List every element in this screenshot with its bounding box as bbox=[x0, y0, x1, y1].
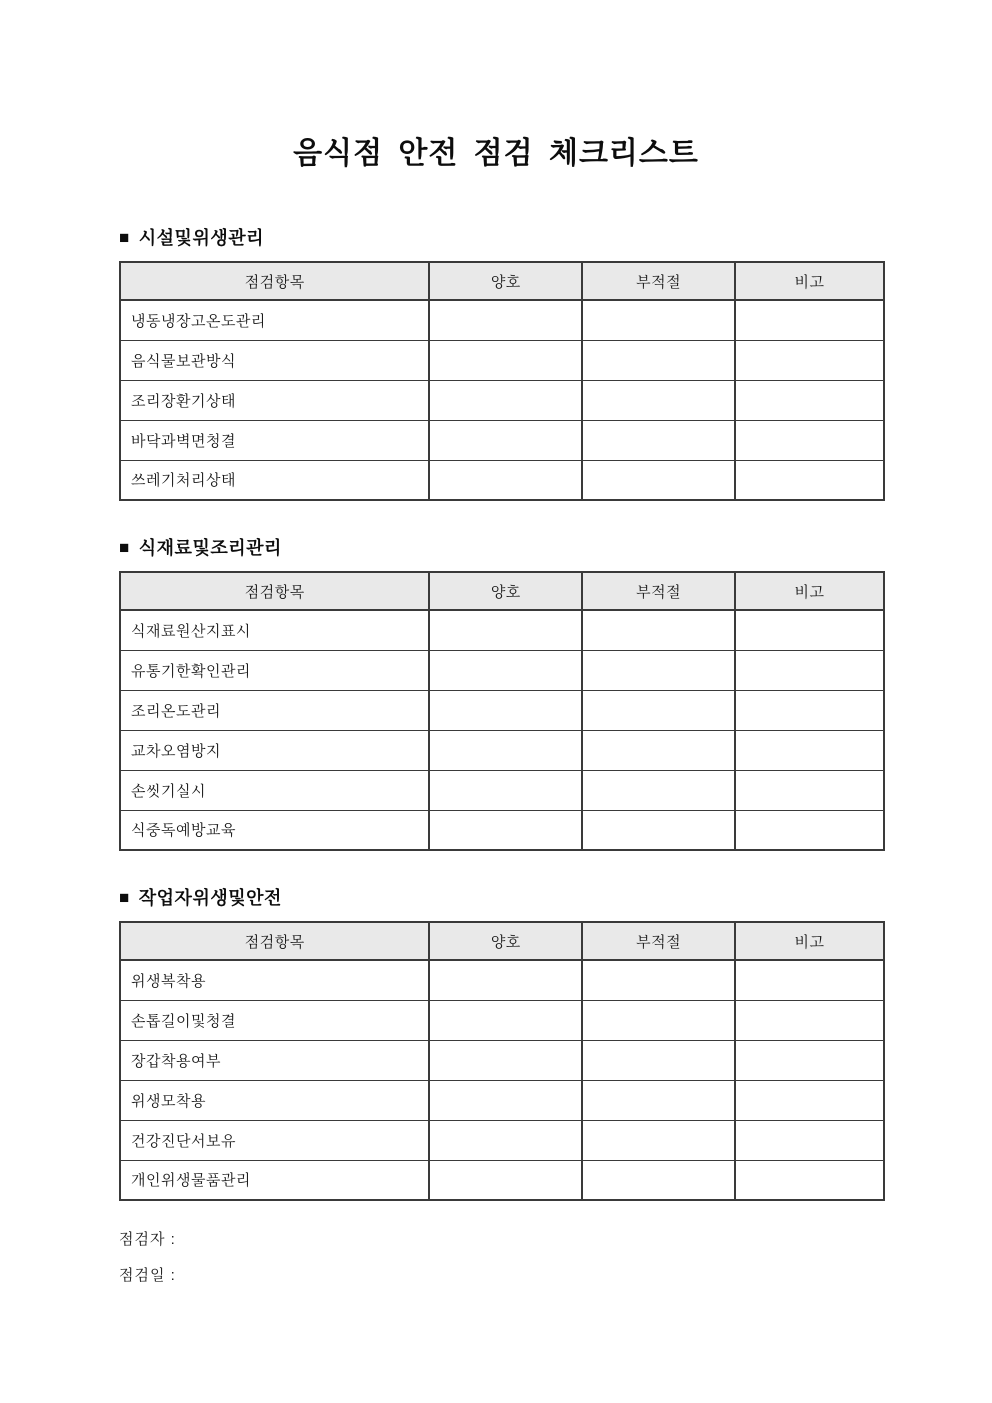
good-cell bbox=[429, 730, 582, 770]
remark-cell bbox=[735, 380, 884, 420]
document-page: 음식점 안전 점검 체크리스트 ■ 시설및위생관리 점검항목양호부적절비고 냉동… bbox=[0, 0, 992, 1403]
checklist-table-facility-hygiene: 점검항목양호부적절비고 냉동냉장고온도관리음식물보관방식조리장환기상태바닥과벽면… bbox=[119, 261, 885, 501]
header-row: 점검항목양호부적절비고 bbox=[120, 262, 884, 300]
column-header-2: 부적절 bbox=[582, 262, 735, 300]
inspection-date-label: 점검일 : bbox=[119, 1264, 885, 1285]
inadequate-cell bbox=[582, 810, 735, 850]
remark-cell bbox=[735, 960, 884, 1000]
section-heading: ■ 시설및위생관리 bbox=[119, 224, 885, 250]
remark-cell bbox=[735, 1040, 884, 1080]
document-title: 음식점 안전 점검 체크리스트 bbox=[0, 0, 992, 172]
item-cell: 개인위생물품관리 bbox=[120, 1160, 429, 1200]
good-cell bbox=[429, 960, 582, 1000]
column-header-0: 점검항목 bbox=[120, 922, 429, 960]
inadequate-cell bbox=[582, 770, 735, 810]
good-cell bbox=[429, 1160, 582, 1200]
inadequate-cell bbox=[582, 1120, 735, 1160]
column-header-3: 비고 bbox=[735, 922, 884, 960]
remark-cell bbox=[735, 690, 884, 730]
remark-cell bbox=[735, 420, 884, 460]
square-bullet-icon: ■ bbox=[119, 889, 130, 906]
section-heading-label: 식재료및조리관리 bbox=[139, 534, 282, 560]
remark-cell bbox=[735, 730, 884, 770]
table-row: 식재료원산지표시 bbox=[120, 610, 884, 650]
table-row: 개인위생물품관리 bbox=[120, 1160, 884, 1200]
column-header-3: 비고 bbox=[735, 262, 884, 300]
good-cell bbox=[429, 300, 582, 340]
table-row: 식중독예방교육 bbox=[120, 810, 884, 850]
item-cell: 냉동냉장고온도관리 bbox=[120, 300, 429, 340]
inadequate-cell bbox=[582, 460, 735, 500]
remark-cell bbox=[735, 1160, 884, 1200]
item-cell: 유통기한확인관리 bbox=[120, 650, 429, 690]
remark-cell bbox=[735, 1000, 884, 1040]
good-cell bbox=[429, 1120, 582, 1160]
inadequate-cell bbox=[582, 650, 735, 690]
inadequate-cell bbox=[582, 1000, 735, 1040]
header-row: 점검항목양호부적절비고 bbox=[120, 572, 884, 610]
column-header-1: 양호 bbox=[429, 262, 582, 300]
inadequate-cell bbox=[582, 1160, 735, 1200]
good-cell bbox=[429, 650, 582, 690]
table-row: 유통기한확인관리 bbox=[120, 650, 884, 690]
square-bullet-icon: ■ bbox=[119, 539, 130, 556]
good-cell bbox=[429, 460, 582, 500]
remark-cell bbox=[735, 650, 884, 690]
remark-cell bbox=[735, 1080, 884, 1120]
section-heading-label: 시설및위생관리 bbox=[139, 224, 264, 250]
column-header-0: 점검항목 bbox=[120, 262, 429, 300]
inspector-label: 점검자 : bbox=[119, 1228, 885, 1249]
item-cell: 위생복착용 bbox=[120, 960, 429, 1000]
table-row: 바닥과벽면청결 bbox=[120, 420, 884, 460]
table-row: 건강진단서보유 bbox=[120, 1120, 884, 1160]
document-content: ■ 시설및위생관리 점검항목양호부적절비고 냉동냉장고온도관리음식물보관방식조리… bbox=[119, 224, 885, 1285]
table-row: 음식물보관방식 bbox=[120, 340, 884, 380]
inadequate-cell bbox=[582, 1080, 735, 1120]
item-cell: 조리온도관리 bbox=[120, 690, 429, 730]
good-cell bbox=[429, 1040, 582, 1080]
section-ingredients-cooking: ■ 식재료및조리관리 점검항목양호부적절비고 식재료원산지표시유통기한확인관리조… bbox=[119, 534, 885, 851]
inadequate-cell bbox=[582, 610, 735, 650]
item-cell: 장갑착용여부 bbox=[120, 1040, 429, 1080]
checklist-table-worker-hygiene-safety: 점검항목양호부적절비고 위생복착용손톱길이및청결장갑착용여부위생모착용건강진단서… bbox=[119, 921, 885, 1201]
table-row: 조리장환기상태 bbox=[120, 380, 884, 420]
column-header-2: 부적절 bbox=[582, 572, 735, 610]
good-cell bbox=[429, 1080, 582, 1120]
remark-cell bbox=[735, 300, 884, 340]
checklist-table-ingredients-cooking: 점검항목양호부적절비고 식재료원산지표시유통기한확인관리조리온도관리교차오염방지… bbox=[119, 571, 885, 851]
good-cell bbox=[429, 340, 582, 380]
item-cell: 건강진단서보유 bbox=[120, 1120, 429, 1160]
header-row: 점검항목양호부적절비고 bbox=[120, 922, 884, 960]
good-cell bbox=[429, 770, 582, 810]
section-facility-hygiene: ■ 시설및위생관리 점검항목양호부적절비고 냉동냉장고온도관리음식물보관방식조리… bbox=[119, 224, 885, 501]
remark-cell bbox=[735, 810, 884, 850]
inadequate-cell bbox=[582, 300, 735, 340]
section-worker-hygiene-safety: ■ 작업자위생및안전 점검항목양호부적절비고 위생복착용손톱길이및청결장갑착용여… bbox=[119, 884, 885, 1201]
inadequate-cell bbox=[582, 960, 735, 1000]
good-cell bbox=[429, 690, 582, 730]
table-row: 손씻기실시 bbox=[120, 770, 884, 810]
good-cell bbox=[429, 1000, 582, 1040]
item-cell: 손씻기실시 bbox=[120, 770, 429, 810]
table-row: 조리온도관리 bbox=[120, 690, 884, 730]
remark-cell bbox=[735, 460, 884, 500]
item-cell: 교차오염방지 bbox=[120, 730, 429, 770]
item-cell: 바닥과벽면청결 bbox=[120, 420, 429, 460]
column-header-1: 양호 bbox=[429, 572, 582, 610]
good-cell bbox=[429, 420, 582, 460]
inadequate-cell bbox=[582, 690, 735, 730]
inadequate-cell bbox=[582, 420, 735, 460]
table-row: 손톱길이및청결 bbox=[120, 1000, 884, 1040]
item-cell: 식중독예방교육 bbox=[120, 810, 429, 850]
inadequate-cell bbox=[582, 1040, 735, 1080]
column-header-1: 양호 bbox=[429, 922, 582, 960]
item-cell: 쓰레기처리상태 bbox=[120, 460, 429, 500]
table-row: 쓰레기처리상태 bbox=[120, 460, 884, 500]
section-heading-label: 작업자위생및안전 bbox=[139, 884, 282, 910]
item-cell: 손톱길이및청결 bbox=[120, 1000, 429, 1040]
section-heading: ■ 식재료및조리관리 bbox=[119, 534, 885, 560]
good-cell bbox=[429, 810, 582, 850]
remark-cell bbox=[735, 340, 884, 380]
inadequate-cell bbox=[582, 380, 735, 420]
column-header-3: 비고 bbox=[735, 572, 884, 610]
inadequate-cell bbox=[582, 730, 735, 770]
table-row: 장갑착용여부 bbox=[120, 1040, 884, 1080]
table-row: 위생복착용 bbox=[120, 960, 884, 1000]
remark-cell bbox=[735, 610, 884, 650]
square-bullet-icon: ■ bbox=[119, 229, 130, 246]
item-cell: 위생모착용 bbox=[120, 1080, 429, 1120]
good-cell bbox=[429, 610, 582, 650]
remark-cell bbox=[735, 1120, 884, 1160]
item-cell: 식재료원산지표시 bbox=[120, 610, 429, 650]
table-row: 위생모착용 bbox=[120, 1080, 884, 1120]
item-cell: 음식물보관방식 bbox=[120, 340, 429, 380]
column-header-0: 점검항목 bbox=[120, 572, 429, 610]
inadequate-cell bbox=[582, 340, 735, 380]
column-header-2: 부적절 bbox=[582, 922, 735, 960]
signature-block: 점검자 : 점검일 : bbox=[119, 1228, 885, 1285]
good-cell bbox=[429, 380, 582, 420]
remark-cell bbox=[735, 770, 884, 810]
section-heading: ■ 작업자위생및안전 bbox=[119, 884, 885, 910]
item-cell: 조리장환기상태 bbox=[120, 380, 429, 420]
table-row: 교차오염방지 bbox=[120, 730, 884, 770]
table-row: 냉동냉장고온도관리 bbox=[120, 300, 884, 340]
